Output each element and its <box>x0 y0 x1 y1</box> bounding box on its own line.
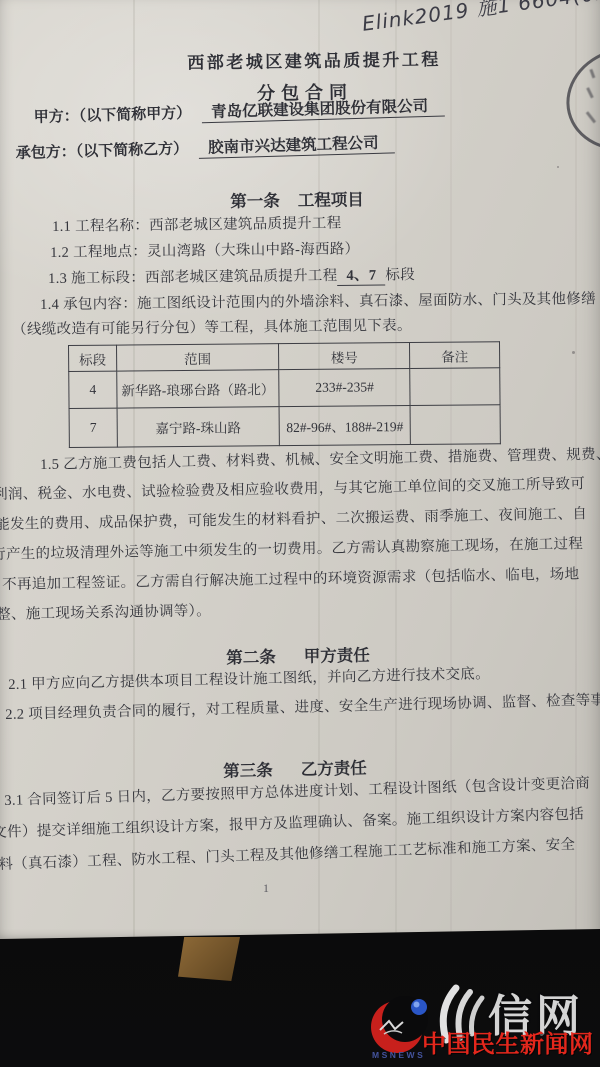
site-watermark: MSNEWS 信网 中国民生新闻网 <box>362 984 600 1062</box>
cell-section: 4 <box>69 371 117 408</box>
ink-speck <box>572 351 575 354</box>
cell-range: 嘉宁路-珠山路 <box>117 407 280 447</box>
party-b-line: 承包方：（以下简称乙方）胶南市兴达建筑工程公司 <box>15 130 394 163</box>
photo-background: Elink2019 施1 6604(02) 西部老城区建筑品质提升工程 分包合同… <box>0 0 600 1067</box>
cell-remark <box>410 405 500 445</box>
col-header-remark: 备注 <box>410 342 500 369</box>
article1-heading: 第一条工程项目 <box>0 183 597 215</box>
article2-title: 甲方责任 <box>304 646 370 666</box>
clause-1-5-line6: 整、施工现场关系沟通协调等）。 <box>0 599 211 624</box>
ink-speck <box>557 166 559 168</box>
contract-page: Elink2019 施1 6604(02) 西部老城区建筑品质提升工程 分包合同… <box>0 0 600 939</box>
clause-1-5-line5: 不再追加工程签证。乙方需自行解决施工过程中的环境资源需求（包括临水、临电，场地 <box>2 562 579 594</box>
col-header-section: 标段 <box>69 345 117 371</box>
clause-1-5-line4: 行产生的垃圾清理外运等施工中须发生的一切费用。乙方需认真勘察施工现场，在施工过程 <box>0 532 583 564</box>
party-a-label: 甲方：（以下简称甲方） <box>34 106 192 126</box>
table-row: 4 新华路-琅琊台路（路北） 233#-235# <box>69 368 500 409</box>
clause-1-4-line1: 1.4 承包内容：施工图纸设计范围内的外墙涂料、真石漆、屋面防水、门头及其他修缮 <box>40 287 596 314</box>
clause-1-3: 1.3 施工标段：西部老城区建筑品质提升工程4、7标段 <box>48 263 415 288</box>
cell-remark <box>410 368 500 406</box>
party-a-name: 青岛亿联建设集团股份有限公司 <box>201 98 444 124</box>
watermark-logo-caption: MSNEWS <box>372 1050 425 1060</box>
paper-crease <box>450 0 452 939</box>
paper-crease <box>575 0 577 939</box>
col-header-range: 范围 <box>116 344 278 371</box>
table-header-row: 标段 范围 楼号 备注 <box>69 342 500 372</box>
clause-1-5-line3: 能发生的费用、成品保护费，可能发生的材料看护、二次搬运费、雨季施工、夜间施工、自 <box>0 502 587 534</box>
page-number: 1 <box>0 881 566 896</box>
clause-1-4-line2: （线缆改造有可能另行分包）等工程，具体施工范围见下表。 <box>12 314 412 339</box>
cell-building: 233#-235# <box>279 369 411 407</box>
clause-1-3-suffix: 标段 <box>385 267 415 283</box>
clause-1-5-line2: 利润、税金、水电费、试验检验费及相应验收费用，与其它施工单位间的交叉施工所导致可 <box>0 472 585 504</box>
party-b-label: 承包方：（以下简称乙方） <box>16 141 189 162</box>
watermark-tagline: 中国民生新闻网 <box>422 1024 594 1059</box>
col-header-building: 楼号 <box>279 343 410 370</box>
handwritten-note: Elink2019 施1 6604(02) <box>360 0 600 37</box>
article2-number: 第二条 <box>226 647 276 667</box>
table-row: 7 嘉宁路-珠山路 82#-96#、188#-219# <box>69 405 500 448</box>
scope-table: 标段 范围 楼号 备注 4 新华路-琅琊台路（路北） 233#-235# 7 嘉… <box>68 341 501 448</box>
clause-1-1: 1.1 工程名称：西部老城区建筑品质提升工程 <box>52 211 342 236</box>
project-title: 西部老城区建筑品质提升工程 <box>14 43 600 76</box>
article1-title: 工程项目 <box>298 190 364 210</box>
party-b-name: 胶南市兴达建筑工程公司 <box>198 134 395 158</box>
clause-1-3-sections: 4、7 <box>337 267 385 286</box>
cell-building: 82#-96#、188#-219# <box>279 406 411 446</box>
article3-number: 第三条 <box>223 761 273 781</box>
article3-title: 乙方责任 <box>301 758 367 778</box>
article1-number: 第一条 <box>230 191 280 211</box>
stamp-glyph <box>586 111 596 123</box>
clause-2-2: 2.2 项目经理负责合同的履行，对工程质量、进度、安全生产进行现场协调、监督、检… <box>5 688 600 724</box>
desk-surface-patch <box>178 937 240 981</box>
cell-range: 新华路-琅琊台路（路北） <box>117 370 279 408</box>
clause-1-2: 1.2 工程地点：灵山湾路（大珠山中路-海西路） <box>50 237 360 262</box>
clause-1-3-text: 1.3 施工标段：西部老城区建筑品质提升工程 <box>48 268 338 287</box>
cell-section: 7 <box>69 408 117 447</box>
